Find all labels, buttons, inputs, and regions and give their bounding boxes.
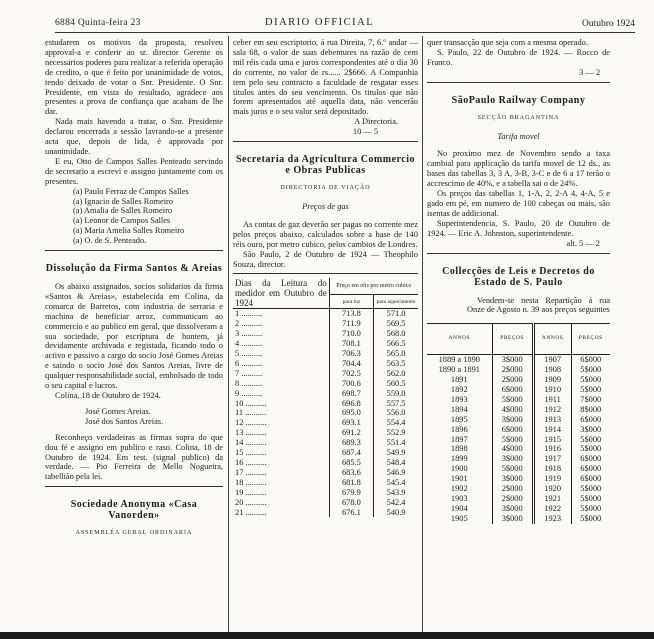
minutes-paragraph: Nada mais havendo a tratar, o Snr. Presi… (45, 117, 223, 157)
section-divider (45, 250, 223, 251)
signatory: (a) Leonor de Campos Salles (73, 216, 223, 226)
gas-prices-section: Preços de gas (233, 202, 418, 212)
leis-intro: Vendem-se nesta Repartição á rua Onze de… (427, 296, 610, 316)
table-row: 9 ..........698.7559.0 (233, 389, 418, 399)
issue-month-year: Outubro 1924 (582, 19, 635, 29)
debentures-reference: 10 — 5 (233, 127, 418, 137)
table-row: 18966$00019143$000 (427, 425, 610, 435)
column-2: ceber em seu escriptorio, á rua Direita,… (233, 38, 418, 517)
table-row: 7 ..........702.5562.0 (233, 369, 418, 379)
table-row: 18935$00019117$000 (427, 395, 610, 405)
leis-price-table: ANNOS PREÇOS ANNOS PREÇOS 1889 a 18903$0… (427, 323, 610, 523)
dissolution-heading: Dissolução da Firma Santos & Areias (45, 263, 223, 274)
col-header-heat: para aquecimento (374, 294, 418, 309)
table-row: 19022$00019205$000 (427, 484, 610, 494)
company-subheading: ASSEMBLÉA GERAL ORDINARIA (45, 529, 223, 539)
signatory: (a) Paulo Ferraz de Campos Salles (73, 187, 223, 197)
signatory: (a) Ignacio de Salles Romeiro (73, 197, 223, 207)
table-row: 14 ..........689.3551.4 (233, 438, 418, 448)
table-row: 18 ..........681.8545.4 (233, 478, 418, 488)
table-row: 10 ..........696.8557.5 (233, 399, 418, 409)
col-header-years: ANNOS (427, 324, 492, 355)
table-row: 15 ..........687.4549.9 (233, 448, 418, 458)
table-row: 8 ..........700.6560.5 (233, 379, 418, 389)
table-row: 18926$00019105$000 (427, 385, 610, 395)
col-header-day: Dias da Leitura do medidor em Outubro de… (233, 278, 329, 309)
table-row: 20 ..........678.0542.4 (233, 498, 418, 508)
col-header-prices: PREÇOS (571, 324, 610, 355)
railway-paragraph: No proximo mez de Novembro sendo a taxa … (427, 149, 610, 189)
gas-price-table: Dias da Leitura do medidor em Outubro de… (233, 278, 418, 517)
table-row: 18975$00019155$000 (427, 435, 610, 445)
railway-heading: SãoPaulo Railway Company (427, 95, 610, 106)
section-divider (45, 486, 223, 487)
table-row: 12 ..........693.1554.4 (233, 418, 418, 428)
dissolution-signatures: José Gomes Areias. José dos Santos Areia… (45, 407, 223, 427)
railway-paragraph: Superintendencia, S. Paulo, 20 de Outubr… (427, 219, 610, 239)
table-row: 1890 a 18912$00019085$000 (427, 365, 610, 375)
table-row: 6 ..........704.4563.5 (233, 359, 418, 369)
dissolution-body: Os abaixo assignados, socios solidarios … (45, 282, 223, 391)
table-row: 11 ..........695.0556.0 (233, 408, 418, 418)
table-row: 19032$00019215$000 (427, 494, 610, 504)
page-header: 6884 Quinta-feira 23 DIARIO OFFICIAL Out… (55, 18, 635, 33)
column-1: estudarem os motivos da proposta, resolv… (45, 38, 223, 545)
minutes-paragraph: estudarem os motivos da proposta, resolv… (45, 38, 223, 117)
table-row: 18984$00019165$000 (427, 444, 610, 454)
table-row: 18944$00019128$000 (427, 405, 610, 415)
table-row: 2 ..........711.9569.5 (233, 319, 418, 329)
signatory: (a) Maria Amelia Salles Romeiro (73, 226, 223, 236)
table-row: 18953$00019136$000 (427, 415, 610, 425)
section-divider (427, 253, 610, 254)
railway-subheading: SECÇÃO BRAGANTINA (427, 114, 610, 124)
table-row: 17 ..........683.6546.9 (233, 468, 418, 478)
signatory-list: (a) Paulo Ferraz de Campos Salles (a) Ig… (45, 187, 223, 246)
secretaria-heading: Secretaria da Agricultura Commercio e Ob… (233, 154, 418, 176)
section-divider (233, 273, 418, 274)
scan-bottom-edge (0, 632, 654, 639)
table-row: 19 ..........679.9543.9 (233, 488, 418, 498)
table-row: 16 ..........685.5548.4 (233, 458, 418, 468)
debentures-signature: A Directoria. (233, 117, 418, 127)
col-header-light: para luz (329, 294, 373, 309)
table-row: 19005$00019186$000 (427, 464, 610, 474)
railway-section: Tarifa movel (427, 132, 610, 142)
column-3: quer transacção que seja com a mesma ope… (427, 38, 610, 524)
dissolution-place-date: Colina, 18 de Outubro de 1924. (45, 391, 223, 401)
notice-reference: 3 — 2 (427, 68, 610, 78)
minutes-paragraph: E eu, Otto de Campos Salles Penteado ser… (45, 157, 223, 187)
table-row: 19053$00019235$000 (427, 514, 610, 524)
notice-text: quer transacção que seja com a mesma ope… (427, 38, 610, 48)
table-row: 13 ..........691.2552.9 (233, 428, 418, 438)
notice-signature: S. Paulo, 22 de Outubro de 1924. — Rocco… (427, 48, 610, 68)
gas-prices-body: As contas de gaz deverão ser pagas no co… (233, 220, 418, 250)
table-row: 4 ..........708.1566.5 (233, 339, 418, 349)
notary-attestation: Reconheço verdadeiras as firmas supra do… (45, 433, 223, 483)
company-heading: Sociedade Anonyma «Casa Vanorden» (45, 499, 223, 521)
table-row: 21 ..........676.1540.9 (233, 508, 418, 518)
table-row: 1 ..........713.8571.0 (233, 309, 418, 319)
table-row: 18912$00019095$000 (427, 375, 610, 385)
table-row: 5 ..........706.3565.0 (233, 349, 418, 359)
signatory: (a) O. de S. Penteado. (73, 236, 223, 246)
column-divider (228, 36, 229, 632)
signature: José Gomes Areias. (85, 407, 223, 417)
secretaria-subheading: DIRECTORIA DE VIAÇÃO (233, 184, 418, 194)
signature: José dos Santos Areias. (85, 417, 223, 427)
page-number-date: 6884 Quinta-feira 23 (55, 18, 141, 28)
newspaper-title: DIARIO OFFICIAL (265, 17, 374, 28)
table-row: 18993$00019176$000 (427, 454, 610, 464)
section-divider (427, 82, 610, 83)
signatory: (a) Amalia de Salles Romeiro (73, 206, 223, 216)
section-divider (233, 141, 418, 142)
table-row: 1889 a 18903$00019076$000 (427, 355, 610, 365)
table-row: 19013$00019196$000 (427, 474, 610, 484)
col-header-price: Preço em réis por metro cubico (329, 278, 418, 294)
leis-heading: Collecções de Leis e Decretos do Estado … (427, 266, 610, 288)
railway-reference: alt. 5 — 2 (427, 239, 610, 249)
newspaper-page: 6884 Quinta-feira 23 DIARIO OFFICIAL Out… (0, 0, 654, 639)
column-divider (422, 36, 423, 632)
gas-prices-signature: São Paulo, 2 de Outubro de 1924 — Theoph… (233, 250, 418, 270)
debentures-text: ceber em seu escriptorio, á rua Direita,… (233, 38, 418, 117)
col-header-years: ANNOS (533, 324, 571, 355)
col-header-prices: PREÇOS (492, 324, 533, 355)
table-row: 19043$00019225$000 (427, 504, 610, 514)
railway-paragraph: Os preços das tabellas 1, 1-A, 2, 2-A 4,… (427, 189, 610, 219)
table-row: 3 ..........710.0568.0 (233, 329, 418, 339)
